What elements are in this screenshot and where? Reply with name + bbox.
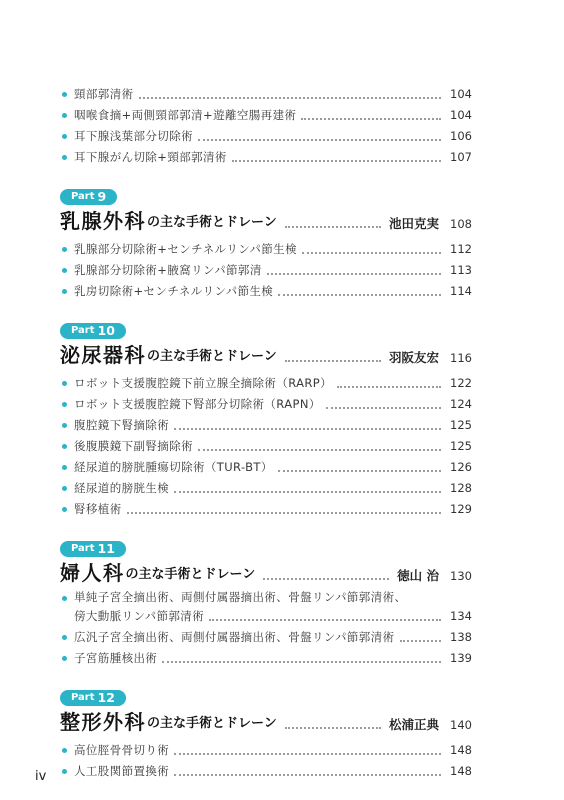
dotted-leader [174, 428, 441, 430]
part-author: 徳山 治 [397, 567, 439, 585]
part-badge-label: Part [71, 692, 95, 703]
toc-item: 乳腺部分切除術+腋窩リンパ節郭清 113 [60, 258, 472, 279]
part-badge: Part 9 [60, 189, 117, 205]
bullet-icon [62, 507, 67, 512]
toc-item-label-line2: 傍大動脈リンパ節郭清術 [74, 608, 204, 625]
bullet-icon [62, 656, 67, 661]
part-title-suffix: の主な手術とドレーン [147, 213, 277, 233]
part-title-row: 婦人科 の主な手術とドレーン 徳山 治 130 [60, 560, 472, 585]
toc-item: 咽喉食摘+両側頸部郭清+遊離空腸再建術 104 [60, 103, 472, 124]
part-title: 乳腺外科 [60, 210, 146, 233]
toc-item-page: 113 [446, 262, 472, 279]
toc-item: 単純子宮全摘出術、両側付属器摘出術、骨盤リンパ節郭清術、 傍大動脈リンパ節郭清術… [60, 589, 472, 625]
bullet-icon [62, 289, 67, 294]
bullet-icon [62, 486, 67, 491]
toc-item: 経尿道的膀胱生検 128 [60, 476, 472, 497]
toc-item-label: 経尿道的膀胱生検 [74, 480, 169, 497]
toc-item: 子宮筋腫核出術 139 [60, 646, 472, 667]
toc-item: ロボット支援腹腔鏡下腎部分切除術（RAPN） 124 [60, 392, 472, 413]
part-author: 池田克実 [389, 215, 439, 233]
toc-item-label: 耳下腺がん切除+頸部郭清術 [74, 149, 227, 166]
toc-item-page: 114 [446, 283, 472, 300]
dotted-leader [127, 512, 441, 514]
dotted-leader [162, 661, 441, 663]
toc-item: ロボット支援腹腔鏡下前立腺全摘除術（RARP） 122 [60, 371, 472, 392]
part-items-list: 単純子宮全摘出術、両側付属器摘出術、骨盤リンパ節郭清術、 傍大動脈リンパ節郭清術… [60, 589, 472, 667]
part-badge-number: 11 [98, 541, 115, 556]
bullet-icon [62, 769, 67, 774]
toc-item-page: 134 [446, 608, 472, 625]
part-badge-number: 12 [98, 690, 115, 705]
toc-item-page: 124 [446, 396, 472, 413]
toc-item-label: 耳下腺浅葉部分切除術 [74, 128, 193, 145]
toc-page: 頸部郭清術 104 咽喉食摘+両側頸部郭清+遊離空腸再建術 104 耳下腺浅葉部… [0, 0, 564, 800]
toc-item-page: 125 [446, 438, 472, 455]
toc-item-label: 経尿道的膀胱腫瘍切除術（TUR-BT） [74, 459, 273, 476]
toc-item: 人工股関節置換術 148 [60, 759, 472, 780]
part-items-list: 乳腺部分切除術+センチネルリンパ節生検 112 乳腺部分切除術+腋窩リンパ節郭清… [60, 237, 472, 300]
dotted-leader [263, 578, 389, 580]
part-badge-label: Part [71, 543, 95, 554]
part-author: 羽阪友宏 [389, 349, 439, 367]
toc-item-page: 125 [446, 417, 472, 434]
toc-item: 経尿道的膀胱腫瘍切除術（TUR-BT） 126 [60, 455, 472, 476]
toc-item-page: 138 [446, 629, 472, 646]
dotted-leader [337, 386, 441, 388]
toc-item-page: 139 [446, 650, 472, 667]
folio-page-number: iv [35, 769, 46, 784]
toc-item-label: 広汎子宮全摘出術、両側付属器摘出術、骨盤リンパ節郭清術 [74, 629, 395, 646]
toc-item-line2: 傍大動脈リンパ節郭清術 134 [74, 606, 472, 625]
dotted-leader [174, 774, 441, 776]
part-section-10: Part 10 泌尿器科 の主な手術とドレーン 羽阪友宏 116 ロボット支援腹… [60, 318, 472, 518]
part-badge: Part 11 [60, 541, 126, 557]
dotted-leader [267, 273, 441, 275]
toc-item: 乳房切除術+センチネルリンパ節生検 114 [60, 279, 472, 300]
part-page: 140 [446, 716, 472, 734]
bullet-icon [62, 748, 67, 753]
part-title: 整形外科 [60, 711, 146, 734]
dotted-leader [302, 252, 441, 254]
part-title-suffix: の主な手術とドレーン [126, 565, 256, 585]
bullet-icon [62, 596, 67, 601]
part-title-row: 泌尿器科 の主な手術とドレーン 羽阪友宏 116 [60, 342, 472, 367]
part-badge-number: 9 [98, 189, 107, 204]
bullet-icon [62, 92, 67, 97]
toc-item-page: 104 [446, 107, 472, 124]
dotted-leader [285, 226, 381, 228]
dotted-leader [139, 97, 442, 99]
toc-item-page: 126 [446, 459, 472, 476]
bullet-icon [62, 247, 67, 252]
bullet-icon [62, 402, 67, 407]
bullet-icon [62, 635, 67, 640]
part-section-11: Part 11 婦人科 の主な手術とドレーン 徳山 治 130 単純子宮全摘出術… [60, 536, 472, 667]
toc-item-label: ロボット支援腹腔鏡下前立腺全摘除術（RARP） [74, 375, 332, 392]
toc-item: 乳腺部分切除術+センチネルリンパ節生検 112 [60, 237, 472, 258]
dotted-leader [278, 470, 441, 472]
dotted-leader [278, 294, 441, 296]
bullet-icon [62, 268, 67, 273]
toc-item-label: ロボット支援腹腔鏡下腎部分切除術（RAPN） [74, 396, 321, 413]
toc-item-page: 148 [446, 742, 472, 759]
dotted-leader [209, 619, 441, 621]
part-page: 130 [446, 567, 472, 585]
toc-item: 腎移植術 129 [60, 497, 472, 518]
part-badge-label: Part [71, 191, 95, 202]
toc-item: 腹腔鏡下腎摘除術 125 [60, 413, 472, 434]
bullet-icon [62, 155, 67, 160]
toc-item-label: 腹腔鏡下腎摘除術 [74, 417, 169, 434]
bullet-icon [62, 423, 67, 428]
part-title-row: 乳腺外科 の主な手術とドレーン 池田克実 108 [60, 208, 472, 233]
part-items-list: ロボット支援腹腔鏡下前立腺全摘除術（RARP） 122 ロボット支援腹腔鏡下腎部… [60, 371, 472, 518]
toc-item-label: 乳腺部分切除術+腋窩リンパ節郭清 [74, 262, 262, 279]
toc-item: 高位脛骨骨切り術 148 [60, 738, 472, 759]
toc-item: 後腹膜鏡下副腎摘除術 125 [60, 434, 472, 455]
part-badge-label: Part [71, 325, 95, 336]
toc-item: 頸部郭清術 104 [60, 82, 472, 103]
dotted-leader [285, 360, 381, 362]
toc-item-label: 咽喉食摘+両側頸部郭清+遊離空腸再建術 [74, 107, 296, 124]
toc-item-label: 人工股関節置換術 [74, 763, 169, 780]
bullet-icon [62, 113, 67, 118]
bullet-icon [62, 465, 67, 470]
dotted-leader [198, 449, 441, 451]
toc-item-page: 104 [446, 86, 472, 103]
toc-item-page: 122 [446, 375, 472, 392]
toc-item-label: 腎移植術 [74, 501, 122, 518]
toc-item: 耳下腺がん切除+頸部郭清術 107 [60, 145, 472, 166]
toc-item-page: 128 [446, 480, 472, 497]
part-section-9: Part 9 乳腺外科 の主な手術とドレーン 池田克実 108 乳腺部分切除術+… [60, 184, 472, 300]
bullet-icon [62, 134, 67, 139]
toc-item-label: 子宮筋腫核出術 [74, 650, 157, 667]
dotted-leader [232, 160, 441, 162]
dotted-leader [174, 753, 441, 755]
toc-item-page: 148 [446, 763, 472, 780]
dotted-leader [326, 407, 441, 409]
part-title-row: 整形外科 の主な手術とドレーン 松浦正典 140 [60, 709, 472, 734]
toc-item-label: 高位脛骨骨切り術 [74, 742, 169, 759]
dotted-leader [285, 727, 381, 729]
toc-item: 耳下腺浅葉部分切除術 106 [60, 124, 472, 145]
toc-item-page: 106 [446, 128, 472, 145]
toc-content: 頸部郭清術 104 咽喉食摘+両側頸部郭清+遊離空腸再建術 104 耳下腺浅葉部… [60, 82, 472, 780]
bullet-icon [62, 444, 67, 449]
part-title-suffix: の主な手術とドレーン [147, 347, 277, 367]
part-items-list: 高位脛骨骨切り術 148 人工股関節置換術 148 [60, 738, 472, 780]
toc-item-body: 単純子宮全摘出術、両側付属器摘出術、骨盤リンパ節郭清術、 傍大動脈リンパ節郭清術… [74, 589, 472, 625]
dotted-leader [174, 491, 441, 493]
part-badge: Part 12 [60, 690, 126, 706]
toc-item-label: 頸部郭清術 [74, 86, 134, 103]
part-badge: Part 10 [60, 323, 126, 339]
part-badge-number: 10 [98, 323, 115, 338]
dotted-leader [301, 118, 441, 120]
toc-item-page: 112 [446, 241, 472, 258]
toc-item-label: 乳腺部分切除術+センチネルリンパ節生検 [74, 241, 297, 258]
dotted-leader [400, 640, 442, 642]
bullet-icon [62, 381, 67, 386]
toc-item-page: 107 [446, 149, 472, 166]
toc-item-label: 後腹膜鏡下副腎摘除術 [74, 438, 193, 455]
continued-items-list: 頸部郭清術 104 咽喉食摘+両側頸部郭清+遊離空腸再建術 104 耳下腺浅葉部… [60, 82, 472, 166]
part-title: 婦人科 [60, 562, 125, 585]
part-page: 108 [446, 215, 472, 233]
part-title: 泌尿器科 [60, 344, 146, 367]
dotted-leader [198, 139, 441, 141]
toc-item: 広汎子宮全摘出術、両側付属器摘出術、骨盤リンパ節郭清術 138 [60, 625, 472, 646]
part-author: 松浦正典 [389, 716, 439, 734]
toc-item-page: 129 [446, 501, 472, 518]
toc-item-label: 乳房切除術+センチネルリンパ節生検 [74, 283, 273, 300]
part-page: 116 [446, 349, 472, 367]
part-section-12: Part 12 整形外科 の主な手術とドレーン 松浦正典 140 高位脛骨骨切り… [60, 685, 472, 780]
toc-item-label-line1: 単純子宮全摘出術、両側付属器摘出術、骨盤リンパ節郭清術、 [74, 589, 472, 606]
part-title-suffix: の主な手術とドレーン [147, 714, 277, 734]
